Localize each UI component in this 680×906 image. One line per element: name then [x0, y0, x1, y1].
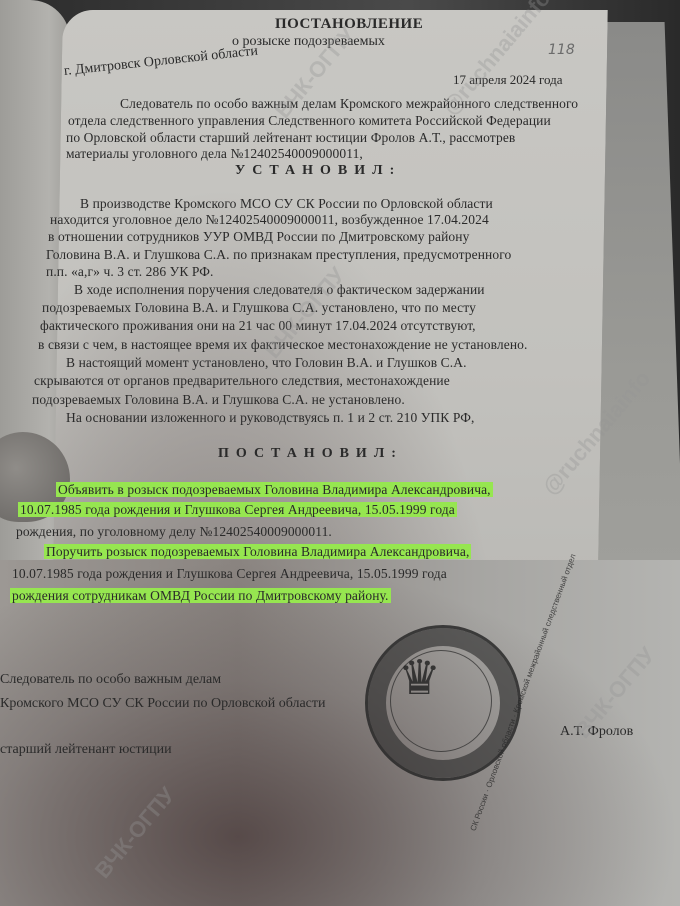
resolved-line: рождения, по уголовному делу №1240254000… — [16, 524, 332, 540]
handwritten-page-number: 118 — [548, 42, 575, 58]
established-line: находится уголовное дело №12402540009000… — [50, 212, 489, 228]
document: ПОСТАНОВЛЕНИЕ о розыске подозреваемых 11… — [0, 0, 680, 906]
resolved-line: 10.07.1985 года рождения и Глушкова Серг… — [12, 566, 447, 582]
established-line: в отношении сотрудников УУР ОМВД России … — [48, 229, 469, 245]
intro-line: материалы уголовного дела №1240254000900… — [66, 146, 363, 162]
signature-position-line1: Следователь по особо важным делам — [0, 672, 221, 688]
document-place: г. Дмитровск Орловской области — [63, 44, 259, 80]
resolved-heading: ПОСТАНОВИЛ: — [218, 446, 403, 462]
established-line: В настоящий момент установлено, что Голо… — [66, 355, 467, 371]
established-heading: УСТАНОВИЛ: — [235, 163, 401, 179]
double-headed-eagle-icon: ♛ — [398, 650, 441, 706]
established-line: подозреваемых Головина В.А. и Глушкова С… — [42, 300, 476, 316]
signature-name: А.Т. Фролов — [560, 724, 633, 740]
resolved-line-highlighted: 10.07.1985 года рождения и Глушкова Серг… — [18, 502, 457, 517]
intro-line: по Орловской области старший лейтенант ю… — [66, 130, 515, 146]
official-stamp: ♛ СК России · Орловской области · Кромск… — [365, 625, 521, 781]
established-line: На основании изложенного и руководствуяс… — [66, 410, 474, 426]
established-line: В производстве Кромского МСО СУ СК Росси… — [80, 196, 493, 212]
document-title: ПОСТАНОВЛЕНИЕ — [275, 16, 423, 33]
established-line: п.п. «а,г» ч. 3 ст. 286 УК РФ. — [46, 264, 214, 280]
resolved-line-highlighted: рождения сотрудникам ОМВД России по Дмит… — [10, 588, 391, 603]
established-line: фактического проживания они на 21 час 00… — [40, 318, 476, 334]
document-date: 17 апреля 2024 года — [453, 72, 563, 88]
intro-line: Следователь по особо важным делам Кромск… — [120, 96, 578, 112]
resolved-line-highlighted: Поручить розыск подозреваемых Головина В… — [44, 544, 471, 559]
established-line: В ходе исполнения поручения следователя … — [74, 282, 485, 298]
established-line: Головина В.А. и Глушкова С.А. по признак… — [46, 247, 511, 263]
established-line: скрываются от органов предварительного с… — [34, 373, 450, 389]
signature-position-line2: Кромского МСО СУ СК России по Орловской … — [0, 696, 326, 712]
established-line: в связи с чем, в настоящее время их факт… — [38, 337, 528, 353]
established-line: подозреваемых Головина В.А. и Глушкова С… — [32, 392, 405, 408]
signature-rank: старший лейтенант юстиции — [0, 742, 172, 758]
resolved-line-highlighted: Объявить в розыск подозреваемых Головина… — [56, 482, 493, 497]
intro-line: отдела следственного управления Следстве… — [68, 113, 551, 129]
